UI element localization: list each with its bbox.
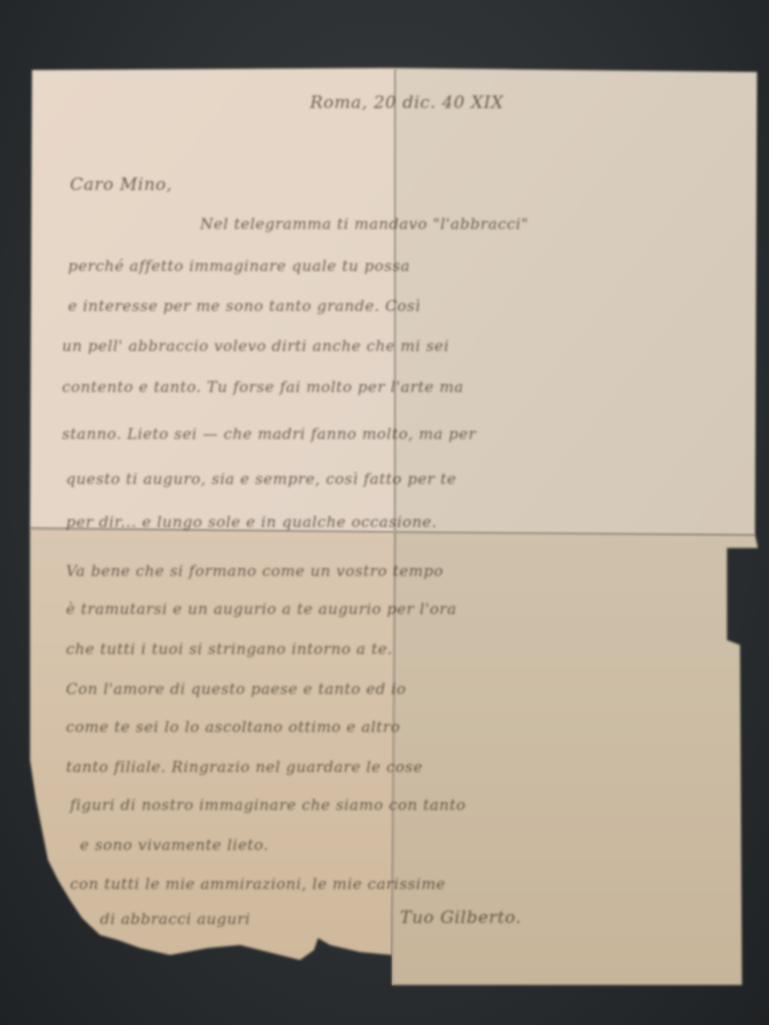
letter-line: un pell' abbraccio volevo dirti anche ch… — [62, 337, 449, 355]
letter-line: contento e tanto. Tu forse fai molto per… — [62, 378, 464, 396]
letter-line: stanno. Lieto sei — che madri fanno molt… — [62, 425, 476, 443]
letter-line: Nel telegramma ti mandavo "l'abbracci" — [200, 215, 529, 233]
letter-salutation: Caro Mino, — [70, 175, 172, 195]
letter-line: di abbracci auguri — [100, 910, 250, 928]
letter-date: Roma, 20 dic. 40 XIX — [310, 93, 504, 113]
letter-line: per dir... e lungo sole e in qualche occ… — [66, 513, 437, 531]
letter-signature: Tuo Gilberto. — [400, 908, 521, 928]
letter-line: come te sei lo lo ascoltano ottimo e alt… — [66, 718, 400, 736]
letter-line: tanto filiale. Ringrazio nel guardare le… — [66, 758, 423, 776]
letter-line: e sono vivamente lieto. — [80, 836, 269, 854]
letter-line: Va bene che si formano come un vostro te… — [66, 562, 443, 580]
letter-line: perché affetto immaginare quale tu possa — [68, 257, 410, 275]
letter-line: e interesse per me sono tanto grande. Co… — [68, 297, 421, 315]
letter-paper: Roma, 20 dic. 40 XIX Caro Mino, Nel tele… — [0, 0, 769, 1025]
letter-line: figuri di nostro immaginare che siamo co… — [70, 796, 466, 814]
letter-line: con tutti le mie ammirazioni, le mie car… — [70, 875, 446, 893]
letter-line: questo ti auguro, sia e sempre, così fat… — [66, 470, 456, 488]
letter-line: Con l'amore di questo paese e tanto ed i… — [66, 680, 406, 698]
letter-line: che tutti i tuoi si stringano intorno a … — [66, 640, 393, 658]
letter-line: è tramutarsi e un augurio a te augurio p… — [66, 600, 457, 618]
